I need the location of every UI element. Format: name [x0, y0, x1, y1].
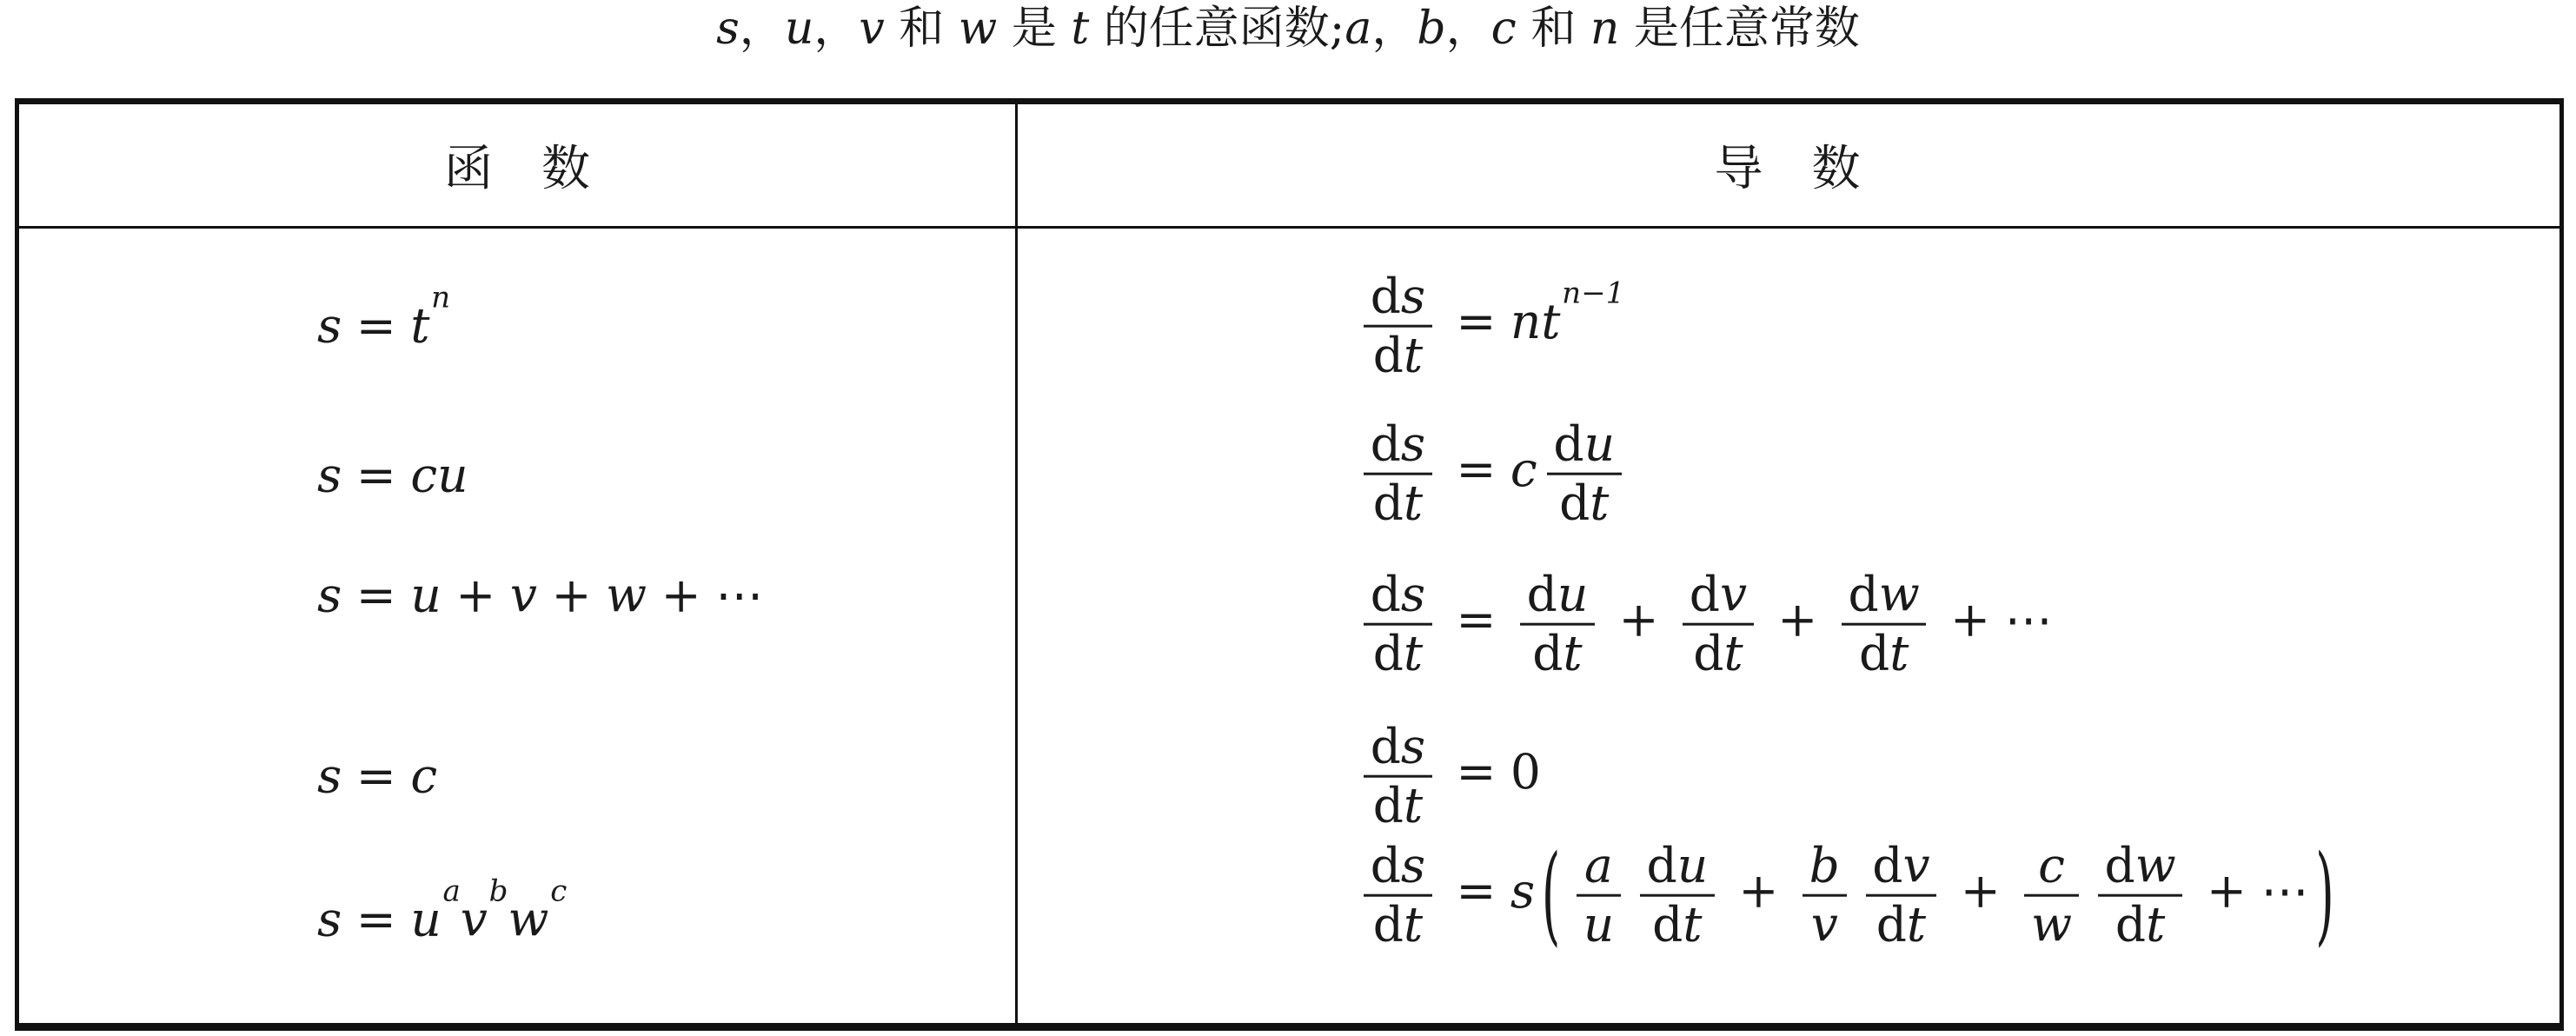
math-variable: t	[1889, 626, 1909, 681]
fraction-numerator: ds	[1364, 419, 1432, 469]
fraction: dwdt	[2098, 840, 2183, 951]
math-variable: t	[1590, 475, 1609, 531]
math-operator: +	[1777, 592, 1817, 647]
math-variable: u	[410, 567, 441, 622]
fraction: au	[1577, 840, 1621, 951]
big-paren: )	[2315, 833, 2334, 957]
math-variable: w	[1879, 567, 1920, 622]
math-roman: d	[1371, 838, 1401, 893]
math-variable: b	[1809, 838, 1840, 893]
math-roman: d	[1371, 269, 1401, 324]
math-superscript: n−1	[1562, 276, 1624, 311]
math-roman: d	[1373, 626, 1404, 681]
fraction: dvdt	[1866, 840, 1937, 951]
math-variable: s	[1401, 719, 1425, 774]
math-variable: t	[1723, 626, 1743, 681]
fraction-denominator: dt	[1552, 478, 1616, 528]
fraction: dsdt	[1364, 840, 1432, 951]
math-superscript: b	[489, 873, 508, 908]
math-variable: s	[716, 3, 740, 55]
math-variable: u	[410, 891, 441, 946]
math-variable: t	[1404, 328, 1423, 383]
math-operator: +	[1950, 592, 1990, 647]
derivative-cell-row3: dsdt=dudt+dvdt+dwdt+⋯	[1354, 569, 2053, 680]
fraction-denominator: dt	[1645, 900, 1709, 950]
math-roman: 和	[885, 3, 959, 55]
fraction: dudt	[1547, 419, 1622, 529]
fraction-denominator: dt	[1366, 628, 1430, 679]
fraction-denominator: dt	[1869, 900, 1933, 950]
math-roman: d	[1859, 626, 1889, 681]
math-operator: =	[1456, 744, 1496, 800]
math-variable: s	[1401, 269, 1425, 324]
math-variable: u	[1584, 416, 1615, 472]
column-divider	[1015, 104, 1018, 1023]
fraction: dsdt	[1364, 419, 1432, 529]
math-roman: d	[1373, 328, 1404, 383]
fraction: dudt	[1520, 569, 1595, 680]
math-roman: d	[1559, 475, 1590, 531]
fraction-numerator: c	[2031, 840, 2071, 891]
fraction-numerator: ds	[1364, 840, 1432, 891]
math-variable: s	[317, 747, 342, 803]
math-roman: 0	[1510, 744, 1541, 800]
math-roman: d	[1527, 567, 1557, 622]
math-variable: s	[1401, 416, 1425, 472]
fraction-numerator: ds	[1364, 721, 1432, 772]
math-roman: 是	[997, 3, 1071, 55]
function-cell-row1: s=tn	[317, 298, 450, 353]
fraction-numerator: du	[1640, 840, 1715, 891]
math-variable: t	[1071, 3, 1089, 55]
math-variable: t	[1404, 626, 1423, 681]
math-variable: u	[1557, 567, 1588, 622]
fraction: dudt	[1640, 840, 1715, 951]
math-roman: d	[1373, 475, 1404, 531]
math-operator: =	[1456, 863, 1496, 919]
math-variable: v	[1811, 897, 1838, 953]
math-variable: t	[2146, 897, 2165, 953]
math-operator: +	[1618, 592, 1658, 647]
math-operator: =	[356, 747, 396, 803]
math-superscript: c	[550, 873, 567, 908]
math-operator: =	[356, 297, 396, 353]
math-variable: a	[1584, 838, 1613, 893]
math-roman: d	[1371, 567, 1401, 622]
header-derivative: 导 数	[1015, 104, 2559, 226]
math-variable: t	[1563, 626, 1582, 681]
math-operator: =	[1456, 294, 1496, 349]
math-variable: v	[859, 3, 884, 55]
math-variable: s	[317, 297, 342, 353]
header-function: 函 数	[19, 104, 1015, 226]
fraction-numerator: du	[1520, 569, 1595, 620]
fraction-denominator: dt	[2108, 900, 2172, 950]
page: s，u，v 和 w 是 t 的任意函数;a，b，c 和 n 是任意常数 函 数 …	[0, 0, 2576, 1036]
math-roman: d	[1849, 567, 1879, 622]
fraction-denominator: v	[1804, 900, 1844, 950]
math-roman: d	[1693, 626, 1723, 681]
math-variable: u	[785, 3, 814, 55]
math-variable: c	[2038, 838, 2065, 893]
math-roman: d	[2104, 838, 2134, 893]
table-header-row: 函 数 导 数	[19, 104, 2559, 229]
math-operator: +	[455, 567, 495, 622]
fraction: dwdt	[1842, 569, 1927, 680]
table-caption: s，u，v 和 w 是 t 的任意函数;a，b，c 和 n 是任意常数	[0, 2, 2576, 56]
fraction: dsdt	[1364, 271, 1432, 382]
math-variable: s	[1401, 567, 1425, 622]
math-operator: +	[551, 567, 591, 622]
math-roman: d	[1373, 778, 1404, 833]
math-roman: ⋯	[715, 567, 763, 622]
math-roman: d	[1553, 416, 1583, 472]
math-variable: t	[1683, 897, 1702, 953]
fraction-numerator: a	[1577, 840, 1619, 891]
math-variable: t	[1404, 475, 1423, 531]
math-variable: w	[606, 567, 647, 622]
math-variable: t	[1404, 897, 1423, 953]
math-roman: d	[1532, 626, 1563, 681]
math-variable: u	[1677, 838, 1708, 893]
math-roman: d	[2115, 897, 2146, 953]
math-roman: 是任意常数	[1619, 3, 1860, 55]
derivative-cell-row4: dsdt=0	[1354, 721, 1541, 832]
math-variable: nt	[1510, 294, 1561, 349]
fraction-denominator: dt	[1366, 900, 1430, 950]
fraction: dsdt	[1364, 721, 1432, 832]
math-operator: =	[1456, 442, 1496, 497]
math-variable: v	[1720, 567, 1747, 622]
math-variable: t	[1404, 778, 1423, 833]
math-roman: 的任意函数;	[1089, 3, 1344, 55]
math-variable: c	[410, 747, 437, 803]
math-roman: d	[1690, 567, 1720, 622]
fraction-denominator: dt	[1687, 628, 1750, 679]
fraction-denominator: dt	[1852, 628, 1915, 679]
function-cell-row4: s=c	[317, 748, 437, 803]
math-roman: ，	[813, 3, 859, 55]
math-variable: c	[1491, 3, 1517, 55]
fraction-numerator: ds	[1364, 271, 1432, 322]
math-variable: u	[1583, 897, 1614, 953]
math-operator: =	[1456, 592, 1496, 647]
math-roman: d	[1876, 897, 1907, 953]
math-variable: w	[2135, 838, 2176, 893]
math-variable: s	[1510, 863, 1535, 919]
math-variable: v	[1902, 838, 1929, 893]
math-roman: ⋯	[2261, 863, 2309, 919]
function-cell-row2: s=cu	[317, 448, 468, 502]
math-variable: c	[1510, 442, 1537, 497]
fraction-numerator: dv	[1683, 569, 1754, 620]
math-variable: w	[2031, 897, 2072, 953]
math-variable: s	[317, 891, 342, 946]
math-variable: v	[461, 891, 488, 946]
function-cell-row3: s=u+v+w+⋯	[317, 568, 763, 622]
fraction: bv	[1803, 840, 1847, 951]
derivative-cell-row5: dsdt=s(aududt+bvdvdt+cwdwdt+⋯)	[1354, 840, 2340, 951]
math-variable: cu	[410, 447, 468, 502]
fraction-denominator: w	[2024, 900, 2078, 950]
math-variable: s	[317, 567, 342, 622]
fraction: dsdt	[1364, 569, 1432, 680]
fraction-denominator: dt	[1366, 780, 1430, 831]
math-variable: t	[1907, 897, 1926, 953]
fraction-numerator: du	[1547, 419, 1622, 469]
math-operator: +	[661, 567, 701, 622]
math-roman: ，	[1371, 3, 1417, 55]
math-operator: =	[356, 447, 396, 502]
function-cell-row5: s=uavbwc	[317, 892, 567, 946]
fraction: dvdt	[1683, 569, 1754, 680]
big-paren: (	[1542, 833, 1560, 957]
math-roman: ，	[1446, 3, 1491, 55]
math-superscript: n	[431, 280, 450, 315]
math-operator: +	[1738, 863, 1778, 919]
math-variable: t	[410, 297, 429, 353]
math-variable: n	[1590, 3, 1620, 55]
fraction-denominator: dt	[1366, 478, 1430, 528]
math-variable: b	[1417, 3, 1445, 55]
fraction: cw	[2024, 840, 2078, 951]
math-roman: d	[1872, 838, 1902, 893]
math-operator: =	[356, 567, 396, 622]
table-body: s=tn dsdt=ntn−1 s=cu dsdt=cdudt s=u+v+w+…	[19, 229, 2559, 1023]
fraction-numerator: dw	[2098, 840, 2183, 891]
math-roman: d	[1371, 416, 1401, 472]
math-superscript: a	[442, 873, 460, 908]
fraction-numerator: dw	[1842, 569, 1927, 620]
derivative-rules-table: 函 数 导 数 s=tn dsdt=ntn−1 s=cu dsdt=cdudt …	[15, 98, 2564, 1031]
fraction-numerator: dv	[1866, 840, 1937, 891]
math-variable: w	[959, 3, 998, 55]
math-roman: d	[1373, 897, 1404, 953]
fraction-denominator: dt	[1526, 628, 1590, 679]
math-operator: +	[1961, 863, 2001, 919]
math-variable: w	[508, 891, 548, 946]
math-variable: v	[510, 567, 537, 622]
fraction-numerator: b	[1803, 840, 1847, 891]
derivative-cell-row1: dsdt=ntn−1	[1354, 271, 1624, 382]
math-variable: s	[1401, 838, 1425, 893]
fraction-denominator: dt	[1366, 330, 1430, 381]
math-roman: d	[1647, 838, 1677, 893]
fraction-numerator: ds	[1364, 569, 1432, 620]
math-roman: 和	[1517, 3, 1590, 55]
math-roman: d	[1371, 719, 1401, 774]
fraction-denominator: u	[1577, 900, 1621, 950]
math-variable: s	[317, 447, 342, 502]
math-operator: =	[356, 891, 396, 946]
math-roman: ⋯	[2005, 592, 2053, 647]
math-roman: d	[1652, 897, 1683, 953]
math-variable: a	[1344, 3, 1371, 55]
math-operator: +	[2207, 863, 2247, 919]
derivative-cell-row2: dsdt=cdudt	[1354, 419, 1631, 529]
math-roman: ，	[740, 3, 785, 55]
